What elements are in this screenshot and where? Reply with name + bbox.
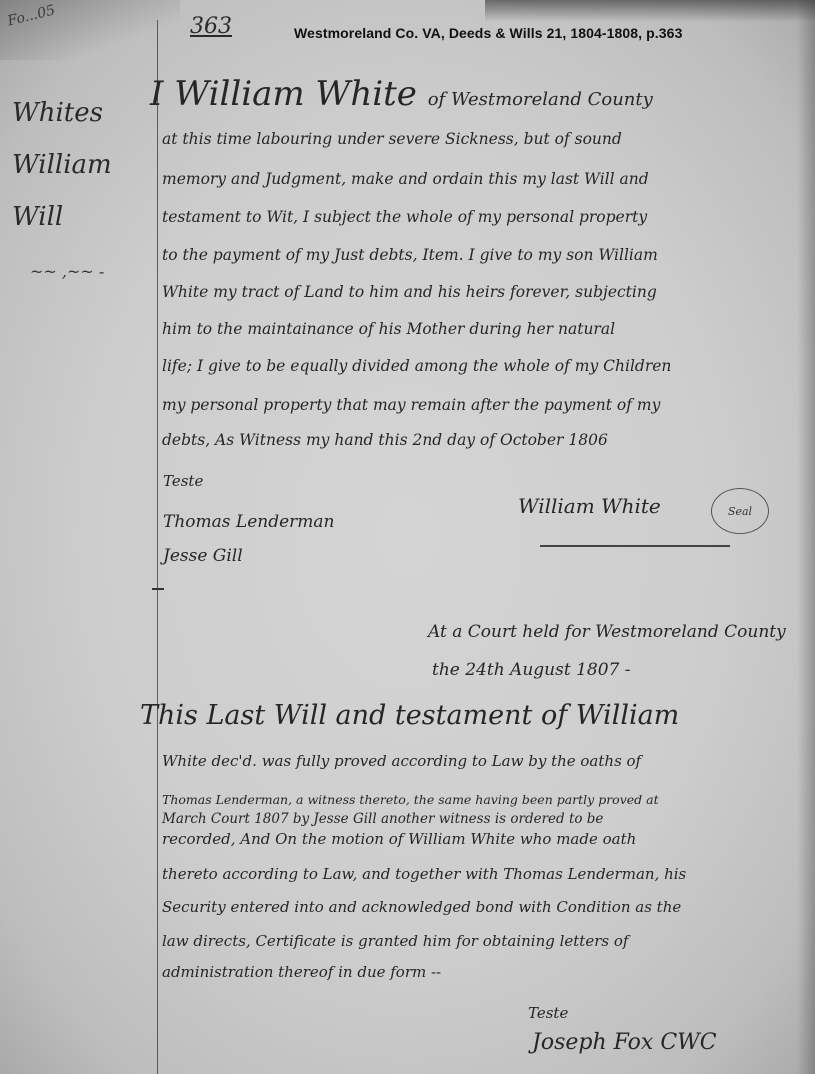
corner-note-page-ref: 36 [54,0,72,2]
clerk-teste-label: Teste [528,1004,568,1022]
margin-label-type: Will [12,202,63,232]
court-body-line-1: White dec'd. was fully proved according … [162,752,641,770]
will-line-7: life; I give to be equally divided among… [162,357,671,375]
court-line-2: the 24th August 1807 - [432,660,631,680]
will-line-1: at this time labouring under severe Sick… [162,130,622,148]
seal-mark: Seal [711,488,769,534]
margin-rule [157,20,158,1074]
court-line-1: At a Court held for Westmoreland County [428,622,786,642]
court-body-line-5: thereto according to Law, and together w… [162,865,686,883]
court-body-line-7: law directs, Certificate is granted him … [162,932,628,950]
will-line-5: White my tract of Land to him and his he… [162,283,657,301]
will-line-2: memory and Judgment, make and ordain thi… [162,170,649,188]
signature-flourish [540,545,730,547]
page-number: 363 [190,14,232,39]
margin-tick [152,588,164,590]
document-caption: Westmoreland Co. VA, Deeds & Wills 21, 1… [294,25,682,41]
testator-signature: William White [518,494,661,518]
court-body-line-6: Security entered into and acknowledged b… [162,898,681,916]
margin-label-surname: Whites [12,98,103,128]
margin-flourish: ~~ ,~~ - [30,262,104,281]
court-body-line-4: recorded, And On the motion of William W… [162,830,636,848]
court-body-line-2: Thomas Lenderman, a witness thereto, the… [162,792,659,807]
court-heading: This Last Will and testament of William [140,700,679,731]
will-line-3: testament to Wit, I subject the whole of… [162,208,647,226]
will-heading: I William White of Westmoreland County [150,74,653,114]
will-heading-rest: of Westmoreland County [428,89,653,110]
witness-2: Jesse Gill [163,546,243,566]
will-line-6: him to the maintainance of his Mother du… [162,320,615,338]
will-heading-name: I William White [150,74,417,114]
will-line-4: to the payment of my Just debts, Item. I… [162,246,658,264]
teste-label: Teste [163,472,203,490]
margin-label-given-name: William [12,150,112,180]
document-scan: Fo...05 36 363 Westmoreland Co. VA, Deed… [0,0,815,1074]
will-line-9: debts, As Witness my hand this 2nd day o… [162,431,608,449]
will-line-8: my personal property that may remain aft… [162,396,660,414]
court-body-line-3: March Court 1807 by Jesse Gill another w… [162,811,603,827]
witness-1: Thomas Lenderman [163,512,334,532]
scan-shadow-right-edge [797,0,815,1074]
clerk-signature: Joseph Fox CWC [532,1030,717,1055]
seal-label: Seal [728,505,752,518]
court-body-line-8: administration thereof in due form -- [162,963,441,981]
scan-shadow-top-right [485,0,815,22]
